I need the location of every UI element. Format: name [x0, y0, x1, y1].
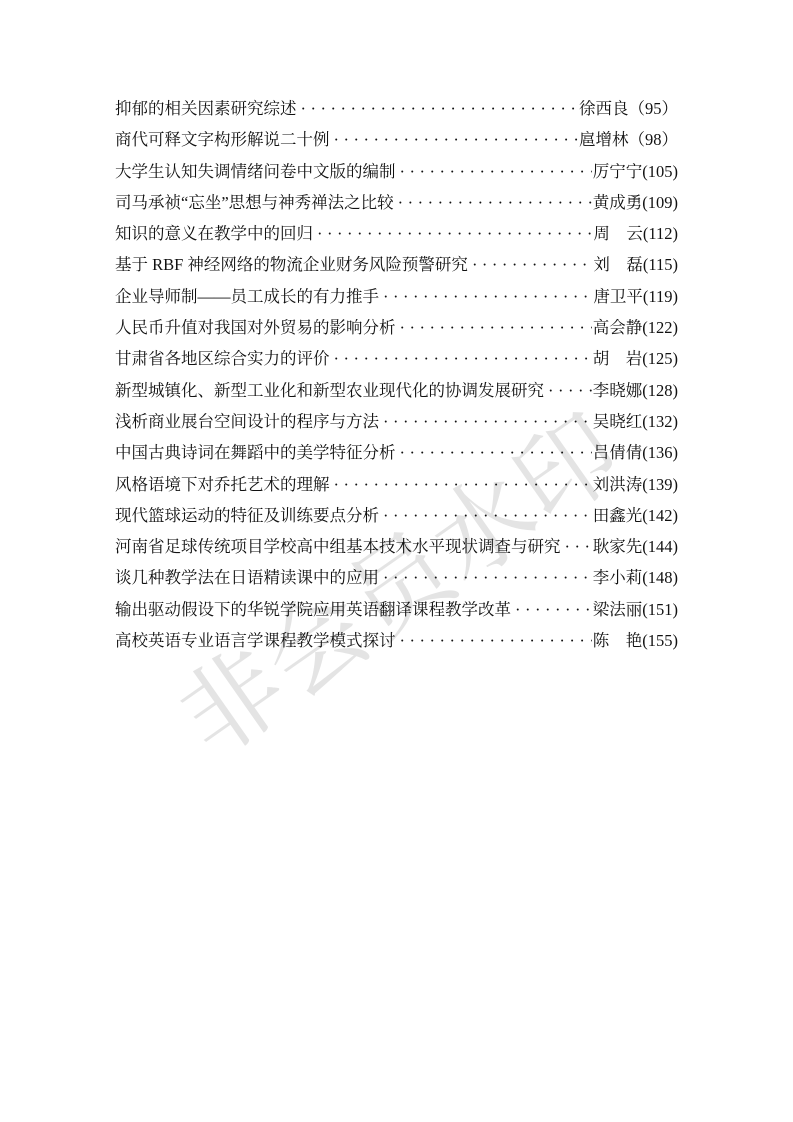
dot-leader: ········································… — [383, 562, 592, 593]
entry-author: 吴晓红 — [593, 406, 643, 437]
entry-author: 高会静 — [593, 312, 643, 343]
entry-author: 耿家先 — [593, 531, 643, 562]
toc-entry: 浅析商业展台空间设计的程序与方法························… — [115, 406, 678, 437]
entry-author: 周 云 — [593, 218, 643, 249]
dot-leader: ········································… — [301, 93, 579, 124]
dot-leader: ········································… — [334, 343, 592, 374]
toc-entry: 司马承祯“忘坐”思想与神秀禅法之比较······················… — [115, 187, 678, 218]
entry-title: 大学生认知失调情绪问卷中文版的编制 — [115, 156, 396, 187]
entry-author: 刘洪涛 — [593, 469, 643, 500]
entry-page-number: （95） — [629, 93, 679, 124]
entry-title: 现代篮球运动的特征及训练要点分析 — [115, 500, 379, 531]
toc-entry: 新型城镇化、新型工业化和新型农业现代化的协调发展研究··············… — [115, 375, 678, 406]
entry-title: 企业导师制——员工成长的有力推手 — [115, 281, 379, 312]
entry-page-number: (128) — [642, 375, 678, 406]
toc-entry: 商代可释文字构形解说二十例···························… — [115, 124, 678, 155]
entry-title: 司马承祯“忘坐”思想与神秀禅法之比较 — [115, 187, 394, 218]
entry-title: 新型城镇化、新型工业化和新型农业现代化的协调发展研究 — [115, 375, 544, 406]
entry-title: 高校英语专业语言学课程教学模式探讨 — [115, 625, 396, 656]
toc-entry: 河南省足球传统项目学校高中组基本技术水平现状调查与研究·············… — [115, 531, 678, 562]
entry-page-number: (119) — [643, 281, 678, 312]
dot-leader: ········································… — [548, 375, 592, 406]
dot-leader: ········································… — [383, 500, 592, 531]
entry-page-number: （98） — [629, 124, 679, 155]
entry-author: 田鑫光 — [593, 500, 643, 531]
toc-entry: 中国古典诗词在舞蹈中的美学特征分析·······················… — [115, 437, 678, 468]
entry-page-number: (115) — [643, 249, 678, 280]
toc-entry: 输出驱动假设下的华锐学院应用英语翻译课程教学改革················… — [115, 594, 678, 625]
entry-page-number: (136) — [642, 437, 678, 468]
entry-author: 胡 岩 — [593, 343, 643, 374]
entry-author: 陈 艳 — [593, 625, 643, 656]
entry-title: 谈几种教学法在日语精读课中的应用 — [115, 562, 379, 593]
entry-author: 李晓娜 — [593, 375, 643, 406]
entry-title: 风格语境下对乔托艺术的理解 — [115, 469, 330, 500]
entry-title: 基于 RBF 神经网络的物流企业财务风险预警研究 — [115, 249, 468, 280]
entry-author: 唐卫平 — [593, 281, 643, 312]
entry-author: 李小莉 — [593, 562, 643, 593]
dot-leader: ········································… — [383, 281, 592, 312]
entry-page-number: (112) — [643, 218, 678, 249]
entry-author: 刘 磊 — [593, 249, 643, 280]
entry-page-number: (122) — [642, 312, 678, 343]
dot-leader: ········································… — [334, 469, 592, 500]
entry-author: 吕倩倩 — [593, 437, 643, 468]
entry-page-number: (144) — [642, 531, 678, 562]
toc-entry: 大学生认知失调情绪问卷中文版的编制·······················… — [115, 156, 678, 187]
entry-author: 扈增林 — [579, 124, 629, 155]
entry-title: 浅析商业展台空间设计的程序与方法 — [115, 406, 379, 437]
entry-page-number: (105) — [642, 156, 678, 187]
entry-page-number: (132) — [642, 406, 678, 437]
entry-author: 黄成勇 — [593, 187, 643, 218]
toc-entry: 基于 RBF 神经网络的物流企业财务风险预警研究················… — [115, 249, 678, 280]
dot-leader: ········································… — [565, 531, 592, 562]
entry-page-number: (148) — [642, 562, 678, 593]
entry-page-number: (151) — [642, 594, 678, 625]
dot-leader: ········································… — [515, 594, 592, 625]
toc-entry: 风格语境下对乔托艺术的理解···························… — [115, 469, 678, 500]
toc-entry: 谈几种教学法在日语精读课中的应用························… — [115, 562, 678, 593]
toc-entry: 现代篮球运动的特征及训练要点分析························… — [115, 500, 678, 531]
toc-entry: 高校英语专业语言学课程教学模式探讨·······················… — [115, 625, 678, 656]
entry-page-number: (139) — [642, 469, 678, 500]
entry-page-number: (109) — [642, 187, 678, 218]
entry-title: 抑郁的相关因素研究综述 — [115, 93, 297, 124]
entry-page-number: (142) — [642, 500, 678, 531]
entry-title: 甘肃省各地区综合实力的评价 — [115, 343, 330, 374]
entry-title: 商代可释文字构形解说二十例 — [115, 124, 330, 155]
entry-author: 梁法丽 — [593, 594, 643, 625]
entry-author: 厉宁宁 — [593, 156, 643, 187]
toc-list: 抑郁的相关因素研究综述·····························… — [115, 93, 678, 656]
toc-entry: 人民币升值对我国对外贸易的影响分析·······················… — [115, 312, 678, 343]
toc-entry: 知识的意义在教学中的回归····························… — [115, 218, 678, 249]
toc-entry: 企业导师制——员工成长的有力推手························… — [115, 281, 678, 312]
dot-leader: ········································… — [383, 406, 592, 437]
entry-title: 中国古典诗词在舞蹈中的美学特征分析 — [115, 437, 396, 468]
entry-author: 徐西良 — [579, 93, 629, 124]
dot-leader: ········································… — [400, 312, 592, 343]
dot-leader: ········································… — [400, 625, 592, 656]
dot-leader: ········································… — [400, 437, 592, 468]
toc-entry: 抑郁的相关因素研究综述·····························… — [115, 93, 678, 124]
dot-leader: ········································… — [334, 124, 579, 155]
entry-page-number: (125) — [642, 343, 678, 374]
document-page: 非会员水印 抑郁的相关因素研究综述·······················… — [0, 0, 793, 1122]
entry-title: 河南省足球传统项目学校高中组基本技术水平现状调查与研究 — [115, 531, 561, 562]
entry-title: 人民币升值对我国对外贸易的影响分析 — [115, 312, 396, 343]
entry-page-number: (155) — [642, 625, 678, 656]
dot-leader: ········································… — [398, 187, 592, 218]
toc-entry: 甘肃省各地区综合实力的评价···························… — [115, 343, 678, 374]
dot-leader: ········································… — [472, 249, 592, 280]
entry-title: 知识的意义在教学中的回归 — [115, 218, 313, 249]
entry-title: 输出驱动假设下的华锐学院应用英语翻译课程教学改革 — [115, 594, 511, 625]
dot-leader: ········································… — [317, 218, 592, 249]
dot-leader: ········································… — [400, 156, 592, 187]
